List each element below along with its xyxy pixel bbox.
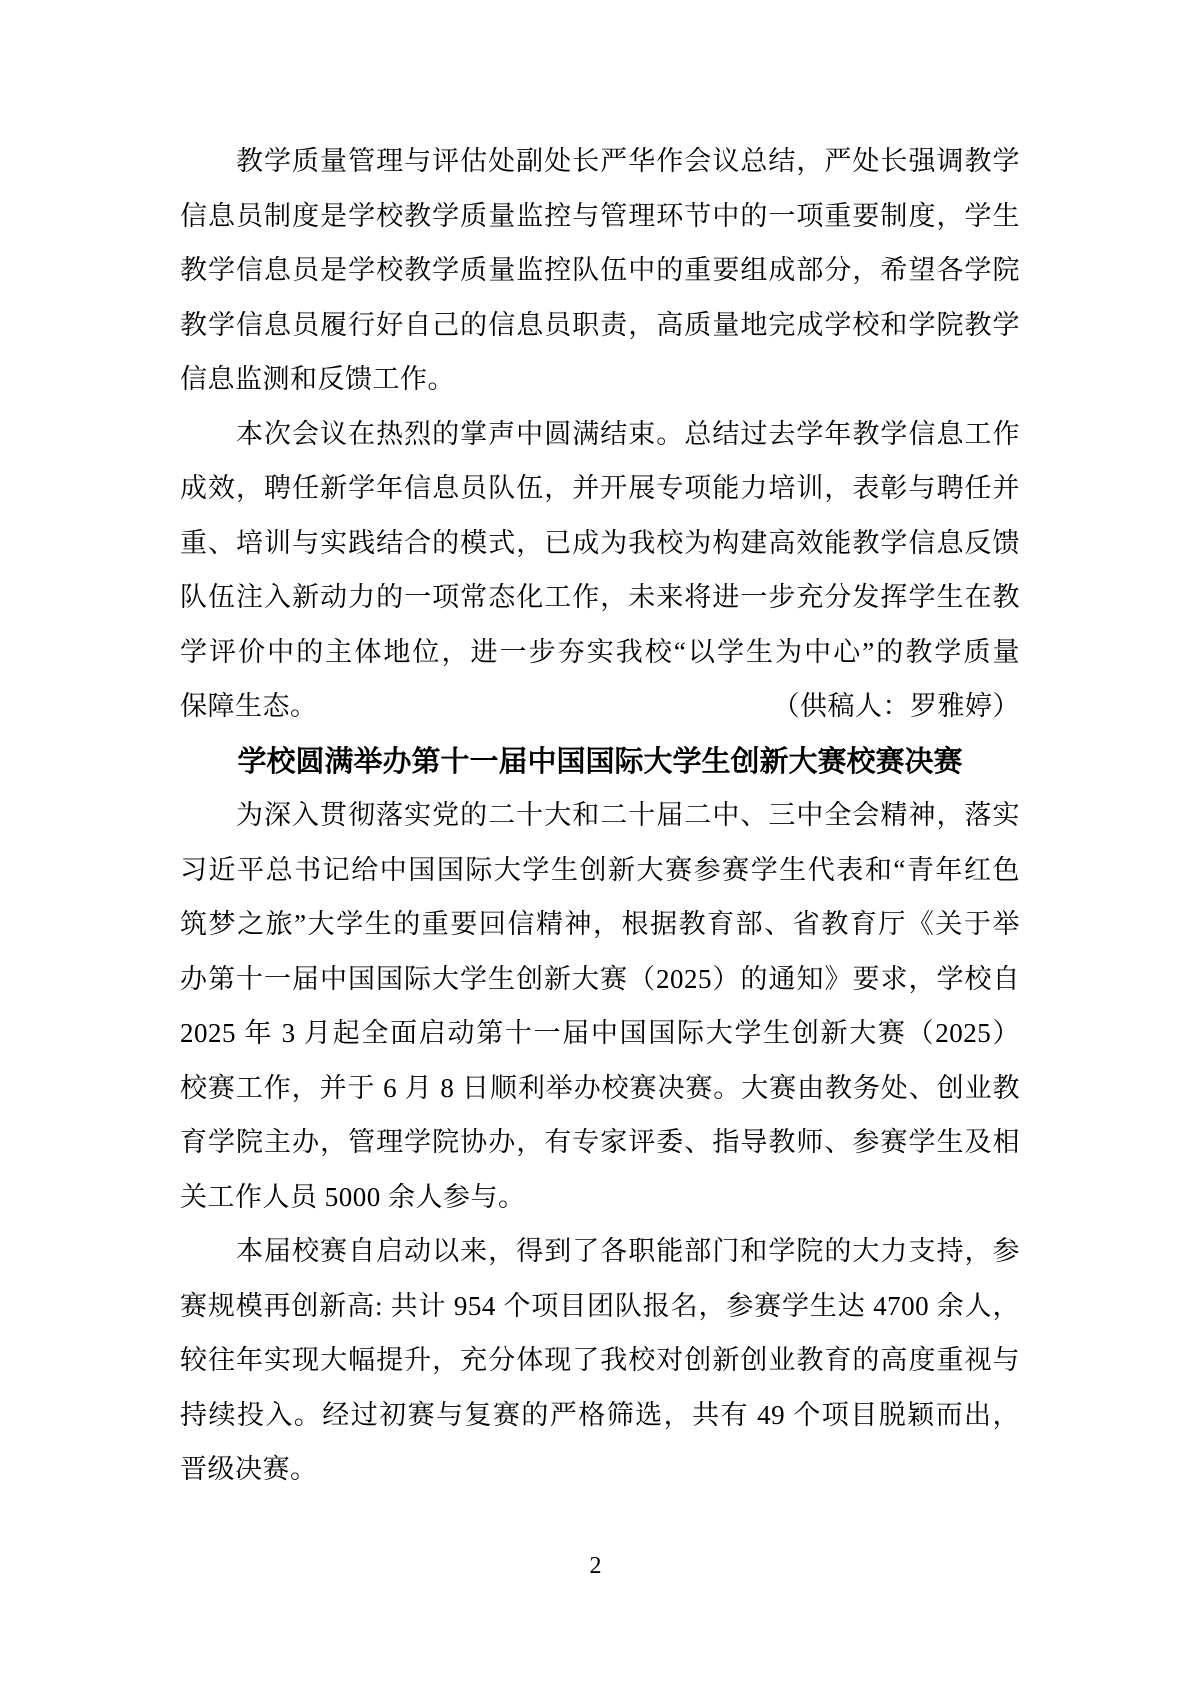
article-heading: 学校圆满举办第十一届中国国际大学生创新大赛校赛决赛	[180, 734, 1020, 789]
page-number: 2	[0, 1548, 1191, 1584]
paragraph-line: 本届校赛自启动以来，得到了各职能部门和学院的大力支持，参	[180, 1224, 1020, 1279]
paragraph-line: 教学质量管理与评估处副处长严华作会议总结，严处长强调教学	[180, 134, 1020, 189]
paragraph-line: 本次会议在热烈的掌声中圆满结束。总结过去学年教学信息工作	[180, 407, 1020, 462]
paragraph-line: 信息监测和反馈工作。	[180, 352, 1020, 407]
paragraph-line: 学评价中的主体地位，进一步夯实我校“以学生为中心”的教学质量	[180, 625, 1020, 680]
paragraph-line: 队伍注入新动力的一项常态化工作，未来将进一步充分发挥学生在教	[180, 570, 1020, 625]
paragraph-line: 赛规模再创新高: 共计 954 个项目团队报名，参赛学生达 4700 余人，	[180, 1279, 1020, 1334]
paragraph-line: 晋级决赛。	[180, 1442, 1020, 1497]
paragraph-line: 教学信息员是学校教学质量监控队伍中的重要组成部分，希望各学院	[180, 243, 1020, 298]
paragraph-line: 成效，聘任新学年信息员队伍，并开展专项能力培训，表彰与聘任并	[180, 461, 1020, 516]
paragraph-line: 关工作人员 5000 余人参与。	[180, 1170, 1020, 1225]
paragraph-line: 筑梦之旅”大学生的重要回信精神，根据教育部、省教育厅《关于举	[180, 897, 1020, 952]
paragraph-line: 持续投入。经过初赛与复赛的严格筛选，共有 49 个项目脱颖而出，	[180, 1388, 1020, 1443]
paragraph-line: 较往年实现大幅提升，充分体现了我校对创新创业教育的高度重视与	[180, 1333, 1020, 1388]
contributor-credit: （供稿人：罗雅婷）	[773, 679, 1021, 734]
paragraph-line: 习近平总书记给中国国际大学生创新大赛参赛学生代表和“青年红色	[180, 843, 1020, 898]
paragraph-line: 保障生态。 （供稿人：罗雅婷）	[180, 679, 1020, 734]
paragraph-line: 办第十一届中国国际大学生创新大赛（2025）的通知》要求，学校自	[180, 952, 1020, 1007]
paragraph-line: 信息员制度是学校教学质量监控与管理环节中的一项重要制度，学生	[180, 189, 1020, 244]
paragraph-line: 校赛工作，并于 6 月 8 日顺利举办校赛决赛。大赛由教务处、创业教	[180, 1061, 1020, 1116]
paragraph-line: 重、培训与实践结合的模式，已成为我校为构建高效能教学信息反馈	[180, 516, 1020, 571]
document-body: 教学质量管理与评估处副处长严华作会议总结，严处长强调教学 信息员制度是学校教学质…	[180, 134, 1020, 1497]
paragraph-line: 为深入贯彻落实党的二十大和二十届二中、三中全会精神，落实	[180, 788, 1020, 843]
paragraph-line: 育学院主办，管理学院协办，有专家评委、指导教师、参赛学生及相	[180, 1115, 1020, 1170]
paragraph-line: 2025 年 3 月起全面启动第十一届中国国际大学生创新大赛（2025）	[180, 1006, 1020, 1061]
paragraph-end-text: 保障生态。	[180, 679, 318, 734]
paragraph-line: 教学信息员履行好自己的信息员职责，高质量地完成学校和学院教学	[180, 298, 1020, 353]
